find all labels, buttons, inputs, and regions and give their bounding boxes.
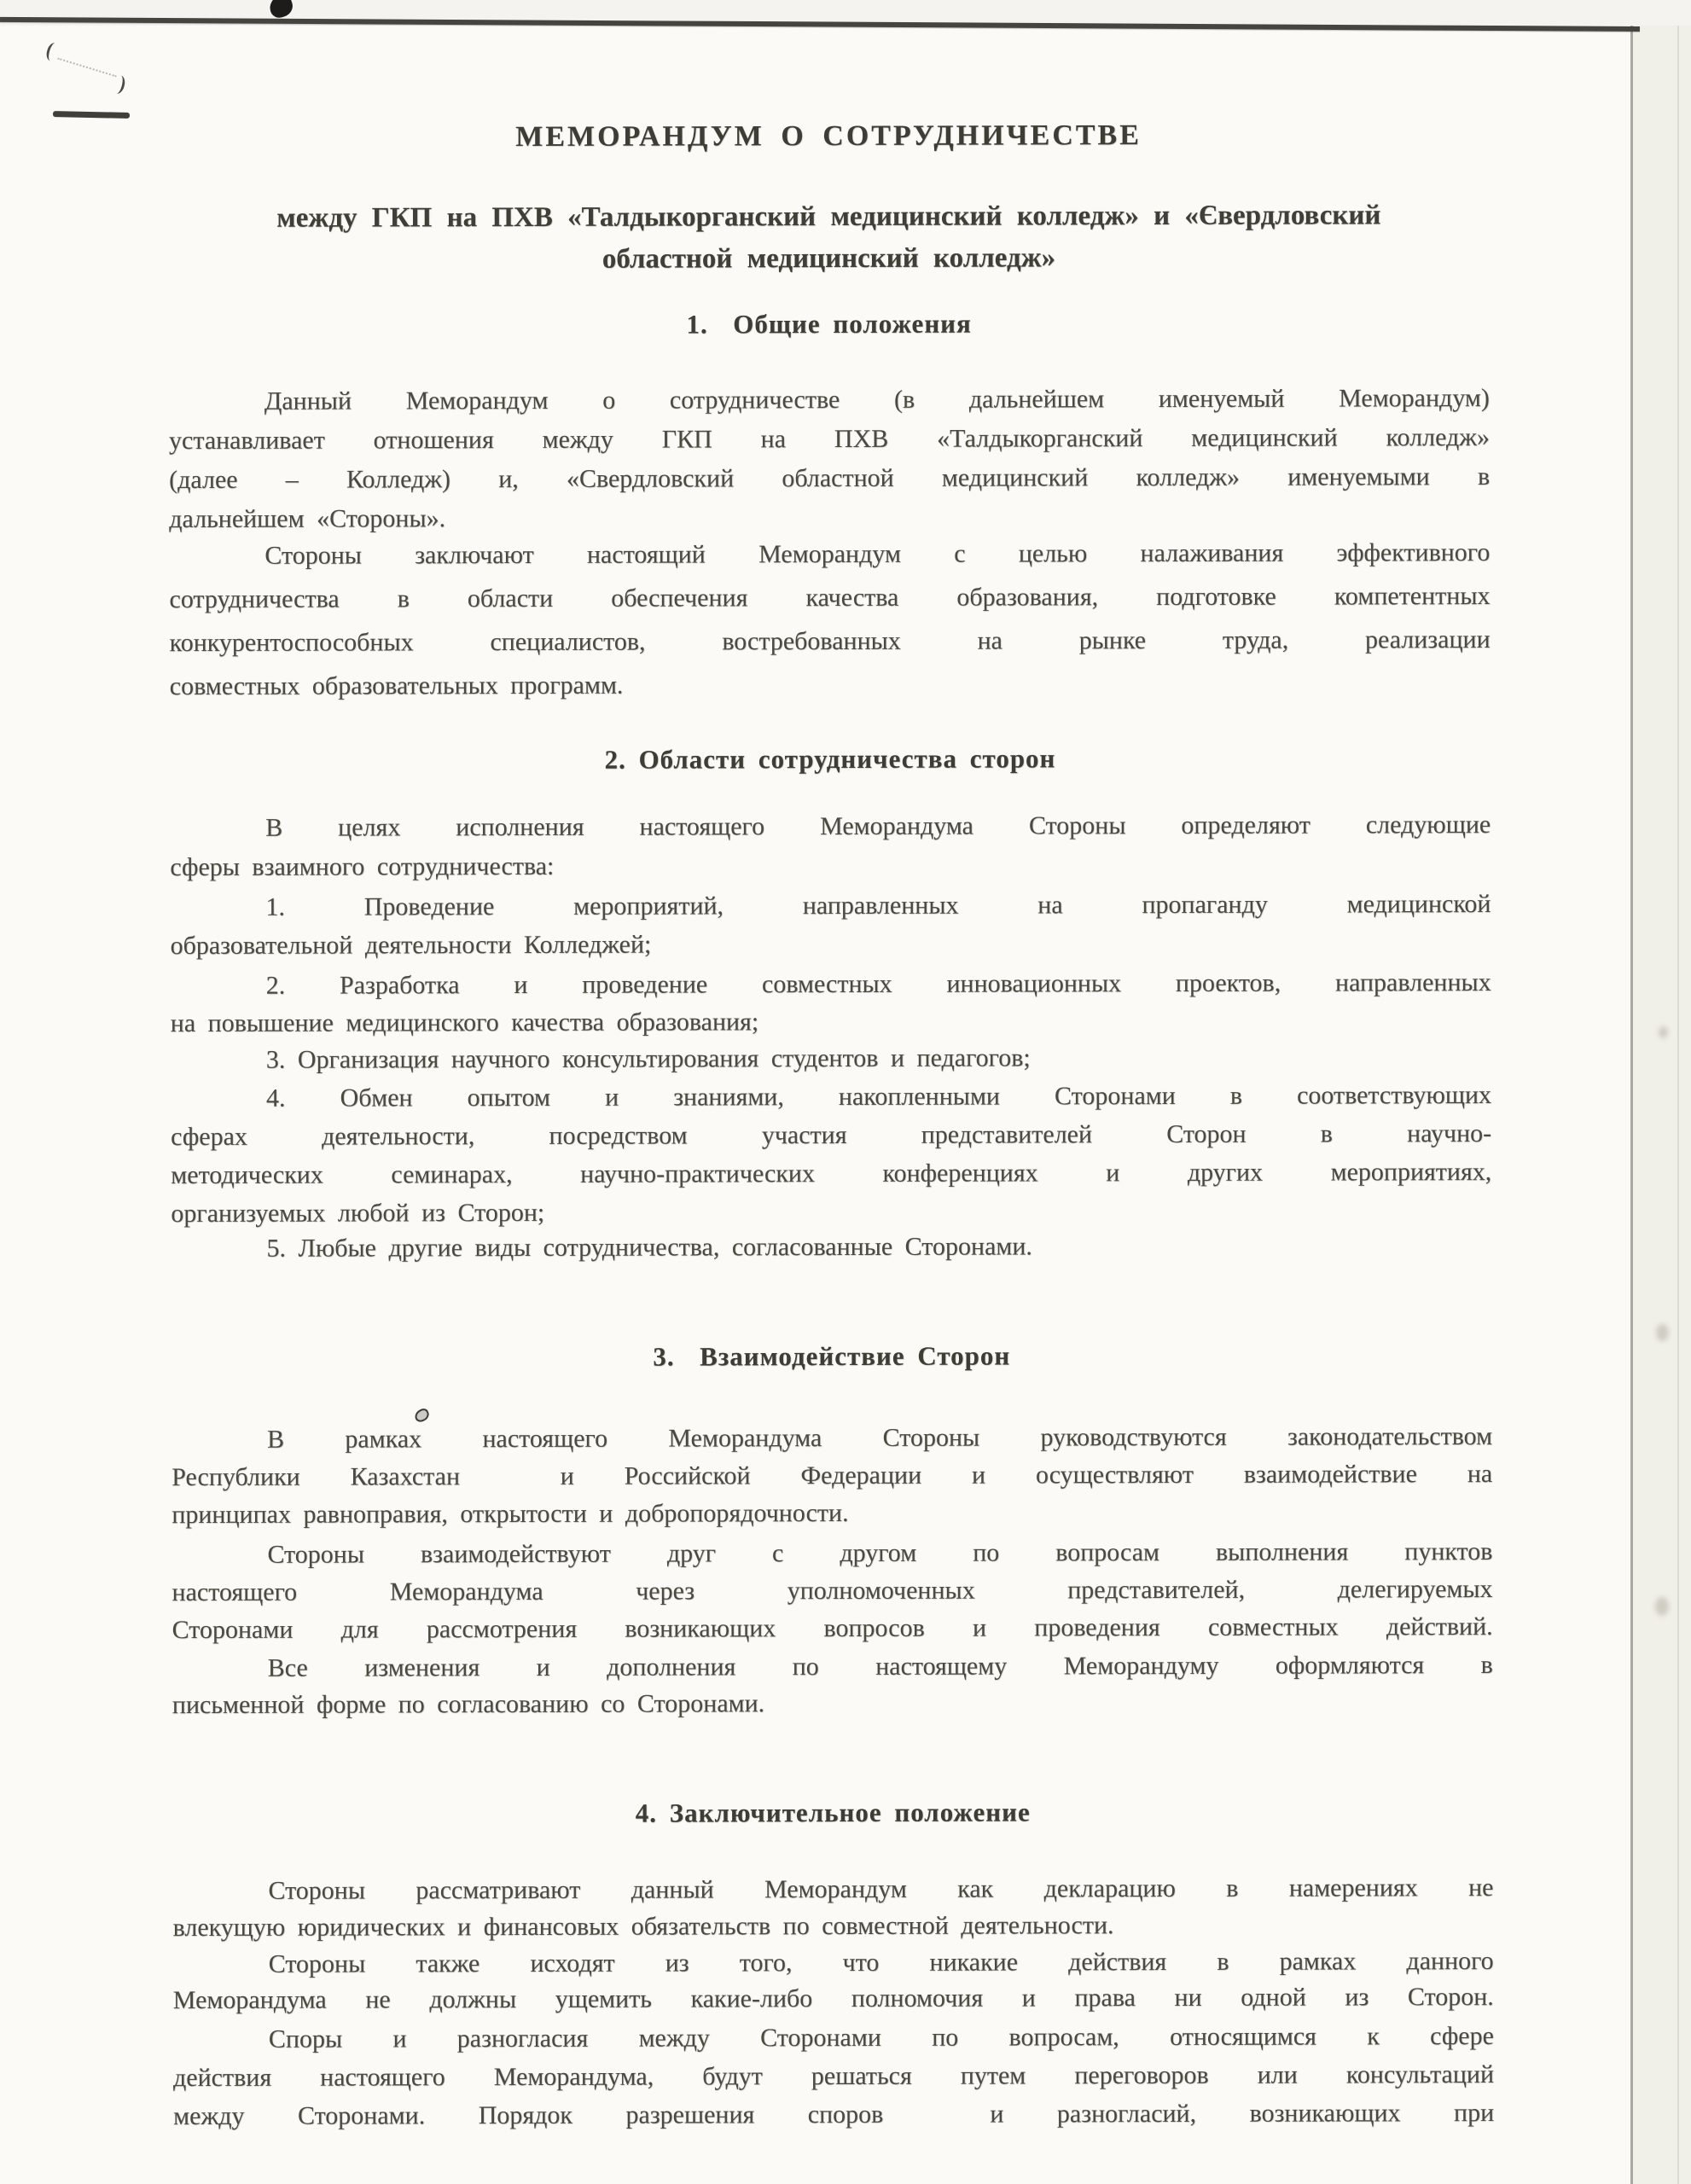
document-title: МЕМОРАНДУМ О СОТРУДНИЧЕСТВЕ bbox=[168, 118, 1489, 155]
list-item: 5. Любые другие виды сотрудничества, сог… bbox=[171, 1227, 1491, 1268]
section-heading-4: 4. Заключительное положение bbox=[172, 1796, 1493, 1830]
document-subtitle: между ГКП на ПХВ «Талдыкорганский медици… bbox=[168, 195, 1489, 282]
paragraph-line: 1. Проведение мероприятий, направленных … bbox=[170, 885, 1491, 926]
document-subtitle-line: между ГКП на ПХВ «Талдыкорганский медици… bbox=[168, 195, 1489, 240]
paragraph: Стороны заключают настоящий Меморандум с… bbox=[169, 531, 1491, 708]
paragraph-line: Стороны также исходят из того, что никак… bbox=[173, 1943, 1494, 1983]
paragraph: Все изменения и дополнения по настоящему… bbox=[172, 1647, 1493, 1723]
paragraph-line: (далее – Колледж) и, «Свердловский облас… bbox=[169, 457, 1490, 500]
paragraph-line: Все изменения и дополнения по настоящему… bbox=[172, 1647, 1493, 1687]
list-item: 3. Организация научного консультирования… bbox=[171, 1038, 1491, 1079]
paragraph-line: действия настоящего Меморандума, будут р… bbox=[173, 2055, 1494, 2097]
paragraph-line: 3. Организация научного консультирования… bbox=[171, 1038, 1491, 1079]
paragraph-line: Стороны взаимодействуют друг с другом по… bbox=[171, 1533, 1492, 1574]
paragraph-line: Сторонами для рассмотрения возникающих в… bbox=[172, 1608, 1493, 1649]
paragraph-line: В целях исполнения настоящего Меморандум… bbox=[170, 805, 1491, 848]
paragraph: Споры и разногласия между Сторонами по в… bbox=[173, 2017, 1494, 2135]
paragraph-line: конкурентоспособных специалистов, востре… bbox=[170, 618, 1491, 665]
list-item: 4. Обмен опытом и знаниями, накопленными… bbox=[171, 1076, 1491, 1233]
paragraph-line: В рамках настоящего Меморандума Стороны … bbox=[171, 1418, 1492, 1459]
paragraph-line: Споры и разногласия между Сторонами по в… bbox=[173, 2017, 1494, 2059]
paragraph-line: между Сторонами. Порядок разрешения спор… bbox=[173, 2094, 1494, 2135]
paragraph-line: сотрудничества в области обеспечения кач… bbox=[169, 574, 1490, 621]
list-item: 1. Проведение мероприятий, направленных … bbox=[170, 885, 1491, 965]
list-item: 2. Разработка и проведение совместных ин… bbox=[171, 964, 1491, 1043]
paragraph-line: устанавливает отношения между ГКП на ПХВ… bbox=[169, 418, 1490, 461]
paragraph: В целях исполнения настоящего Меморандум… bbox=[170, 805, 1491, 887]
paragraph: Данный Меморандум о сотрудничестве (в да… bbox=[169, 379, 1490, 539]
paragraph-line: 2. Разработка и проведение совместных ин… bbox=[171, 964, 1491, 1005]
paragraph: Стороны взаимодействуют друг с другом по… bbox=[171, 1533, 1492, 1649]
paragraph-line: Республики Казахстан и Российской Федера… bbox=[171, 1455, 1492, 1496]
paragraph-line: Стороны рассматривают данный Меморандум … bbox=[172, 1869, 1493, 1909]
paragraph-line: 4. Обмен опытом и знаниями, накопленными… bbox=[171, 1076, 1491, 1118]
paragraph-line: образовательной деятельности Колледжей; bbox=[170, 923, 1491, 965]
paragraph-line: принципах равноправия, открытости и добр… bbox=[171, 1493, 1492, 1534]
paragraph: Стороны рассматривают данный Меморандум … bbox=[172, 1869, 1493, 1946]
paragraph-line: сферы взаимного сотрудничества: bbox=[170, 845, 1491, 887]
section-heading-2: 2. Области сотрудничества сторон bbox=[170, 742, 1491, 776]
paragraph-line: письменной форме по согласованию со Стор… bbox=[172, 1683, 1493, 1723]
paragraph-line: Меморандума не должны ущемить какие-либо… bbox=[173, 1979, 1494, 2018]
paragraph: В рамках настоящего Меморандума Стороны … bbox=[171, 1418, 1492, 1534]
document-sheet: МЕМОРАНДУМ О СОТРУДНИЧЕСТВЕ между ГКП на… bbox=[0, 0, 1691, 2184]
paragraph-line: Данный Меморандум о сотрудничестве (в да… bbox=[169, 379, 1490, 421]
paragraph-line: Стороны заключают настоящий Меморандум с… bbox=[169, 531, 1490, 578]
paragraph-line: методических семинарах, научно-практичес… bbox=[171, 1153, 1491, 1194]
paragraph-line: 5. Любые другие виды сотрудничества, сог… bbox=[171, 1227, 1491, 1268]
paragraph-line: настоящего Меморандума через уполномочен… bbox=[171, 1571, 1492, 1612]
paragraph-line: сферах деятельности, посредством участия… bbox=[171, 1114, 1491, 1156]
document-subtitle-line: областной медицинский колледж» bbox=[168, 236, 1489, 282]
section-heading-3: 3. Взаимодействие Сторон bbox=[171, 1339, 1492, 1374]
section-heading-1: 1. Общие положения bbox=[169, 307, 1490, 341]
paragraph: Стороны также исходят из того, что никак… bbox=[173, 1943, 1494, 2018]
paragraph-line: влекущую юридических и финансовых обязат… bbox=[173, 1906, 1494, 1946]
paragraph-line: совместных образовательных программ. bbox=[170, 661, 1491, 708]
scanned-document-page: { "doc": { "title": "МЕМОРАНДУМ О СОТРУД… bbox=[0, 0, 1691, 2184]
paragraph-line: на повышение медицинского качества образ… bbox=[171, 1002, 1491, 1043]
